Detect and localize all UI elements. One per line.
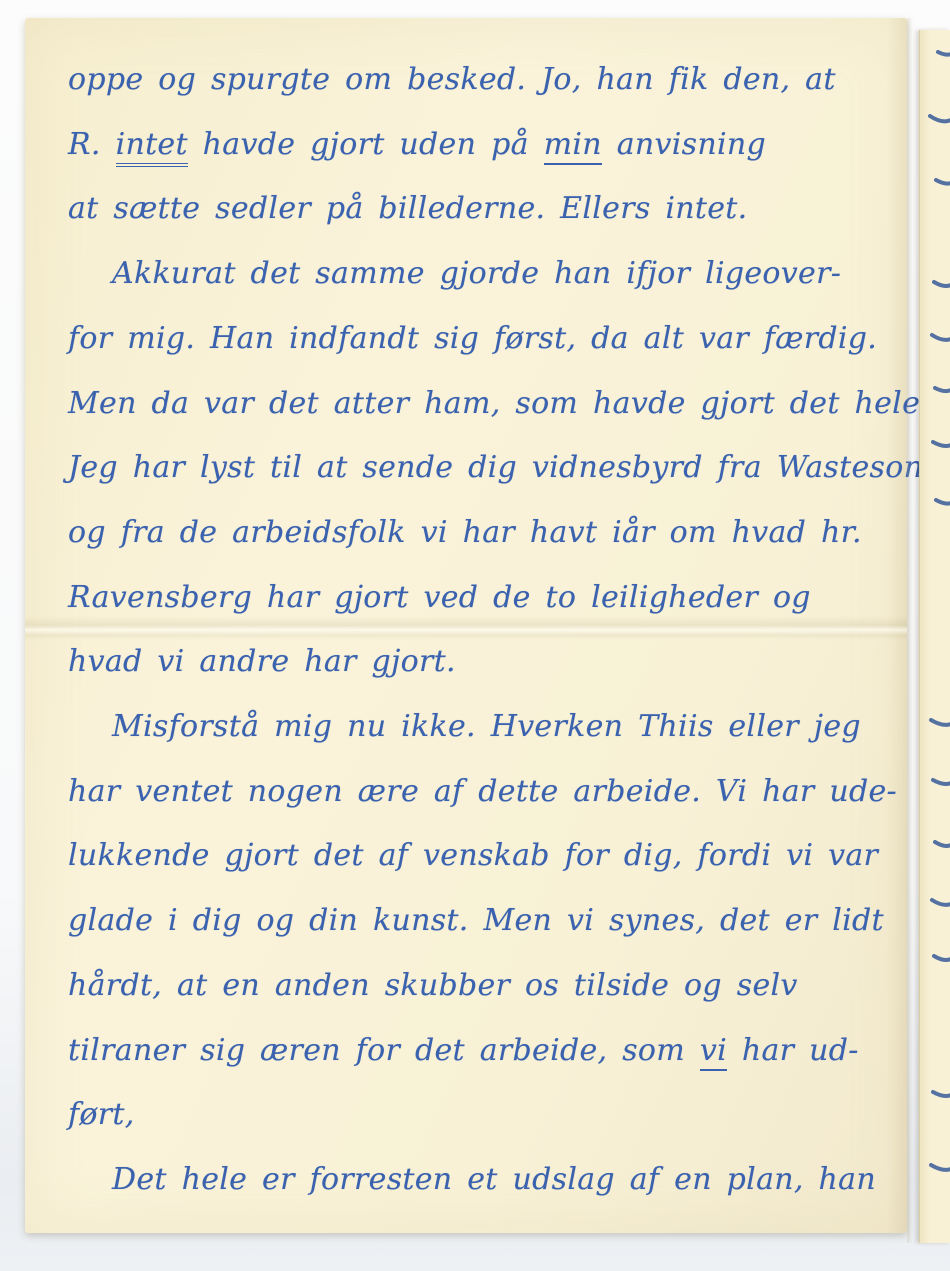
letter-line: Misforstå mig nu ikke. Hverken Thiis ell… — [68, 695, 884, 760]
letter-line: glade i dig og din kunst. Men vi synes, … — [68, 889, 884, 954]
letter-line: Jeg har lyst til at sende dig vidnesbyrd… — [68, 436, 884, 501]
letter-line: R. intet havde gjort uden på min anvisni… — [68, 113, 884, 178]
letter-line: og fra de arbeidsfolk vi har havt iår om… — [68, 501, 884, 566]
letter-line: Akkurat det samme gjorde han ifjor ligeo… — [68, 242, 884, 307]
letter-line: oppe og spurgte om besked. Jo, han fik d… — [68, 48, 884, 113]
scanned-letter-screenshot: { "document": { "kind": "handwritten let… — [0, 0, 950, 1271]
letter-line: lukkende gjort det af venskab for dig, f… — [68, 824, 884, 889]
letter-line: tilraner sig æren for det arbeide, som v… — [68, 1019, 884, 1084]
double-underlined-word: intet — [116, 127, 188, 167]
letter-line: Det hele er forresten et udslag af en pl… — [68, 1148, 884, 1213]
letter-line: ført, — [68, 1083, 884, 1148]
letter-line: hvad vi andre har gjort. — [68, 630, 884, 695]
underlined-word: min — [544, 127, 602, 165]
letter-line: for mig. Han indfandt sig først, da alt … — [68, 307, 884, 372]
letter-line: at sætte sedler på billederne. Ellers in… — [68, 177, 884, 242]
handwritten-text: oppe og spurgte om besked. Jo, han fik d… — [68, 48, 884, 1213]
letter-line: Ravensberg har gjort ved de to leilighed… — [68, 566, 884, 631]
underlined-word: vi — [700, 1033, 727, 1071]
ink-stroke-fragments — [920, 30, 950, 1243]
letter-line: Men da var det atter ham, som havde gjor… — [68, 372, 884, 437]
letter-line: hårdt, at en anden skubber os tilside og… — [68, 954, 884, 1019]
facing-page-edge — [919, 30, 950, 1243]
letter-line: har ventet nogen ære af dette arbeide. V… — [68, 760, 884, 825]
letter-page: oppe og spurgte om besked. Jo, han fik d… — [25, 18, 907, 1233]
page-gap-shadow — [907, 18, 919, 1243]
